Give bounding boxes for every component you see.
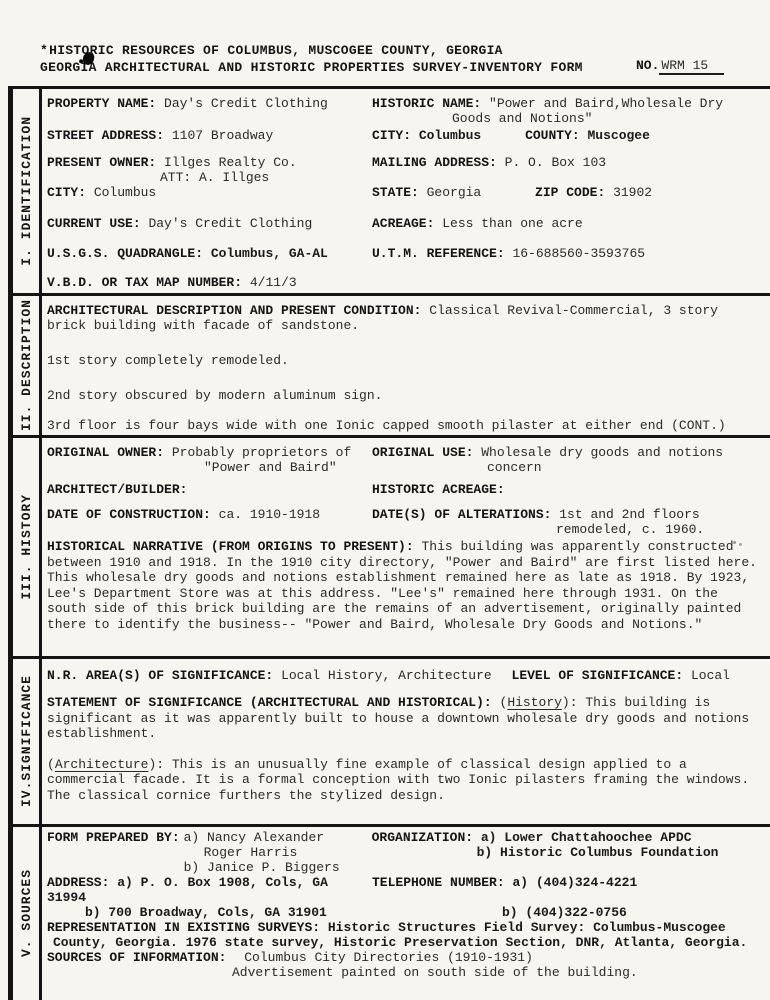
- section-identification-tab: I. IDENTIFICATION: [13, 89, 42, 293]
- current-use-label: CURRENT USE:: [47, 216, 141, 231]
- section-description: II. DESCRIPTION ARCHITECTURAL DESCRIPTIO…: [13, 293, 770, 435]
- form-body: I. IDENTIFICATION PROPERTY NAME: Day's C…: [8, 86, 770, 1000]
- row-use-acreage: CURRENT USE: Day's Credit Clothing ACREA…: [47, 216, 758, 231]
- organizations: ORGANIZATION: a) Lower Chattahoochee APD…: [372, 830, 758, 875]
- surveys-label: REPRESENTATION IN EXISTING SURVEYS:: [47, 920, 320, 935]
- organization-label: ORGANIZATION:: [372, 830, 473, 845]
- mailing-address-value: P. O. Box 103: [505, 155, 606, 170]
- historic-name-value-line1: "Power and Baird,Wholesale Dry: [489, 96, 723, 111]
- statement-history: STATEMENT OF SIGNIFICANCE (ARCHITECTURAL…: [47, 695, 758, 742]
- section-history-label: III. HISTORY: [19, 494, 34, 600]
- section-description-label: II. DESCRIPTION: [19, 299, 34, 431]
- info-sources-value-line2: Advertisement painted on south side of t…: [47, 965, 758, 980]
- present-owner-value-line1: Illges Realty Co.: [164, 155, 297, 170]
- acreage-label: ACREAGE:: [372, 216, 434, 231]
- architect-builder-label: ARCHITECT/BUILDER:: [47, 482, 187, 497]
- nr-areas-label: N.R. AREA(S) OF SIGNIFICANCE:: [47, 668, 273, 683]
- row-street-city: STREET ADDRESS: 1107 Broadway CITY: Colu…: [47, 128, 758, 143]
- property-name-value: Day's Credit Clothing: [164, 96, 328, 111]
- section-sources-label: V. SOURCES: [19, 869, 34, 957]
- original-use-value-line1: Wholesale dry goods and notions: [481, 445, 723, 460]
- info-sources-value-line1: Columbus City Directories (1910-1931): [244, 950, 533, 965]
- state-value: Georgia: [427, 185, 482, 200]
- preparer-a2: Roger Harris: [184, 845, 372, 860]
- zip-code-value: 31902: [613, 185, 652, 200]
- mailing-address-label: MAILING ADDRESS:: [372, 155, 497, 170]
- architecture-paren-close: ):: [148, 757, 164, 772]
- city2-value: Columbus: [94, 185, 156, 200]
- description-story3: 3rd floor is four bays wide with one Ion…: [47, 418, 758, 433]
- row-tax-map: V.B.D. OR TAX MAP NUMBER: 4/11/3: [47, 275, 758, 290]
- section-significance-tab: IV.SIGNIFICANCE: [13, 659, 42, 824]
- form-title-line1-wrap: *HISTORIC RESOURCES OF COLUMBUS, MUSCOGE…: [40, 42, 770, 59]
- section-significance: IV.SIGNIFICANCE N.R. AREA(S) OF SIGNIFIC…: [13, 656, 770, 824]
- address-label: ADDRESS:: [47, 875, 109, 890]
- architectural-description-label: ARCHITECTURAL DESCRIPTION AND PRESENT CO…: [47, 303, 421, 318]
- history-word: History: [507, 695, 562, 710]
- section-description-content: ARCHITECTURAL DESCRIPTION AND PRESENT CO…: [42, 296, 770, 435]
- alterations-value-line1: 1st and 2nd floors: [559, 507, 699, 522]
- utm-reference-value: 16-688560-3593765: [512, 246, 645, 261]
- preparer-b: b) Janice P. Biggers: [184, 860, 372, 875]
- preparer-a: a) Nancy Alexander: [184, 830, 372, 845]
- telephone-b: b) (404)322-0756: [372, 905, 758, 920]
- original-owner-value-line2: "Power and Baird": [47, 460, 372, 475]
- row-address-telephone: ADDRESS: a) P. O. Box 1908, Cols, GA 319…: [47, 875, 758, 905]
- statement-architecture: (Architecture): This is an unusually fin…: [47, 757, 758, 804]
- historic-acreage-label: HISTORIC ACREAGE:: [372, 482, 505, 497]
- present-owner-label: PRESENT OWNER:: [47, 155, 156, 170]
- state-label: STATE:: [372, 185, 419, 200]
- row-surveys: REPRESENTATION IN EXISTING SURVEYS: Hist…: [47, 920, 758, 935]
- section-significance-content: N.R. AREA(S) OF SIGNIFICANCE: Local Hist…: [42, 659, 770, 824]
- zip-code-label: ZIP CODE:: [535, 185, 605, 200]
- level-value: Local: [691, 668, 730, 683]
- section-history-tab: III. HISTORY: [13, 438, 42, 656]
- current-use-value: Day's Credit Clothing: [148, 216, 312, 231]
- quadrangle-value: Columbus, GA-AL: [211, 246, 328, 261]
- historic-name-label: HISTORIC NAME:: [372, 96, 481, 111]
- scan-smudge: [733, 541, 736, 544]
- original-use-label: ORIGINAL USE:: [372, 445, 473, 460]
- section-significance-label: IV.SIGNIFICANCE: [19, 675, 34, 807]
- architectural-description: ARCHITECTURAL DESCRIPTION AND PRESENT CO…: [47, 303, 758, 333]
- property-name-label: PROPERTY NAME:: [47, 96, 156, 111]
- present-owner-value-line2: ATT: A. Illges: [47, 170, 372, 185]
- row-city-state: CITY: Columbus STATE: Georgia ZIP CODE: …: [47, 185, 758, 200]
- row-construction-alterations: DATE OF CONSTRUCTION: ca. 1910-1918 DATE…: [47, 507, 758, 537]
- row-owner-mailing: PRESENT OWNER: Illges Realty Co. ATT: A.…: [47, 155, 758, 185]
- preparers: a) Nancy Alexander Roger Harris b) Janic…: [184, 830, 372, 875]
- city-label: CITY:: [372, 128, 411, 143]
- telephone-a: a) (404)324-4221: [512, 875, 637, 890]
- description-story1: 1st story completely remodeled.: [47, 353, 758, 368]
- statement-label: STATEMENT OF SIGNIFICANCE (ARCHITECTURAL…: [47, 695, 492, 710]
- city-value: Columbus: [419, 128, 481, 143]
- telephone-label: TELEPHONE NUMBER:: [372, 875, 505, 890]
- alterations-value-line2: remodeled, c. 1960.: [372, 522, 758, 537]
- section-history-content: ORIGINAL OWNER: Probably proprietors of …: [42, 438, 770, 656]
- section-sources-content: FORM PREPARED BY: a) Nancy Alexander Rog…: [42, 827, 770, 1000]
- form-number-label: NO.: [636, 58, 659, 73]
- section-history: III. HISTORY ORIGINAL OWNER: Probably pr…: [13, 435, 770, 656]
- organization-a: a) Lower Chattahoochee APDC: [481, 830, 692, 845]
- form-prepared-by-label: FORM PREPARED BY:: [47, 830, 180, 875]
- form-header: *HISTORIC RESOURCES OF COLUMBUS, MUSCOGE…: [0, 0, 770, 86]
- tax-map-label: V.B.D. OR TAX MAP NUMBER:: [47, 275, 242, 290]
- street-address-label: STREET ADDRESS:: [47, 128, 164, 143]
- form-title-line1: HISTORIC RESOURCES OF COLUMBUS, MUSCOGEE…: [49, 43, 503, 58]
- surveys-value-line1: Historic Structures Field Survey: Columb…: [328, 920, 726, 935]
- info-sources-label: SOURCES OF INFORMATION:: [47, 950, 226, 965]
- tax-map-value: 4/11/3: [250, 275, 297, 290]
- section-description-tab: II. DESCRIPTION: [13, 296, 42, 435]
- acreage-value: Less than one acre: [442, 216, 582, 231]
- row-info-sources: SOURCES OF INFORMATION: Columbus City Di…: [47, 950, 758, 965]
- street-address-value: 1107 Broadway: [172, 128, 273, 143]
- form-number-value: WRM 15: [659, 58, 724, 75]
- row-quadrangle-utm: U.S.G.S. QUADRANGLE: Columbus, GA-AL U.T…: [47, 246, 758, 261]
- section-identification-content: PROPERTY NAME: Day's Credit Clothing HIS…: [42, 89, 770, 293]
- construction-date-value: ca. 1910-1918: [219, 507, 320, 522]
- asterisk-mark: *: [40, 43, 48, 58]
- quadrangle-label: U.S.G.S. QUADRANGLE:: [47, 246, 203, 261]
- row-owner-use: ORIGINAL OWNER: Probably proprietors of …: [47, 445, 758, 475]
- county-label: COUNTY:: [525, 128, 580, 143]
- original-owner-label: ORIGINAL OWNER:: [47, 445, 164, 460]
- surveys-value-line2: County, Georgia. 1976 state survey, Hist…: [47, 935, 758, 950]
- section-identification-label: I. IDENTIFICATION: [19, 116, 34, 266]
- row-significance-areas: N.R. AREA(S) OF SIGNIFICANCE: Local Hist…: [47, 668, 758, 683]
- historical-narrative: HISTORICAL NARRATIVE (FROM ORIGINS TO PR…: [47, 539, 758, 632]
- form-number: NO.WRM 15: [636, 58, 724, 75]
- architecture-paren-open: (: [47, 757, 55, 772]
- row-prepared-organization: FORM PREPARED BY: a) Nancy Alexander Rog…: [47, 830, 758, 875]
- row-property-historic: PROPERTY NAME: Day's Credit Clothing HIS…: [47, 96, 758, 126]
- section-identification: I. IDENTIFICATION PROPERTY NAME: Day's C…: [13, 86, 770, 293]
- survey-form-page: *HISTORIC RESOURCES OF COLUMBUS, MUSCOGE…: [0, 0, 770, 1000]
- construction-date-label: DATE OF CONSTRUCTION:: [47, 507, 211, 522]
- level-label: LEVEL OF SIGNIFICANCE:: [512, 668, 684, 683]
- original-owner-value-line1: Probably proprietors of: [172, 445, 351, 460]
- history-paren-close: ):: [562, 695, 578, 710]
- nr-areas-value: Local History, Architecture: [281, 668, 492, 683]
- section-sources-tab: V. SOURCES: [13, 827, 42, 1000]
- alterations-label: DATE(S) OF ALTERATIONS:: [372, 507, 551, 522]
- section-sources: V. SOURCES FORM PREPARED BY: a) Nancy Al…: [13, 824, 770, 1000]
- original-use-value-line2: concern: [372, 460, 758, 475]
- utm-reference-label: U.T.M. REFERENCE:: [372, 246, 505, 261]
- architecture-word: Architecture: [55, 757, 149, 772]
- organization-b: b) Historic Columbus Foundation: [372, 845, 758, 860]
- county-value: Muscogee: [587, 128, 649, 143]
- row-architect-acreage: ARCHITECT/BUILDER: HISTORIC ACREAGE:: [47, 482, 758, 497]
- description-story2: 2nd story obscured by modern aluminum si…: [47, 388, 758, 403]
- address-b: b) 700 Broadway, Cols, GA 31901: [47, 905, 372, 920]
- row-address-telephone-b: b) 700 Broadway, Cols, GA 31901 b) (404)…: [47, 905, 758, 920]
- historic-name-value-line2: Goods and Notions": [372, 111, 758, 126]
- historical-narrative-label: HISTORICAL NARRATIVE (FROM ORIGINS TO PR…: [47, 539, 414, 554]
- city2-label: CITY:: [47, 185, 86, 200]
